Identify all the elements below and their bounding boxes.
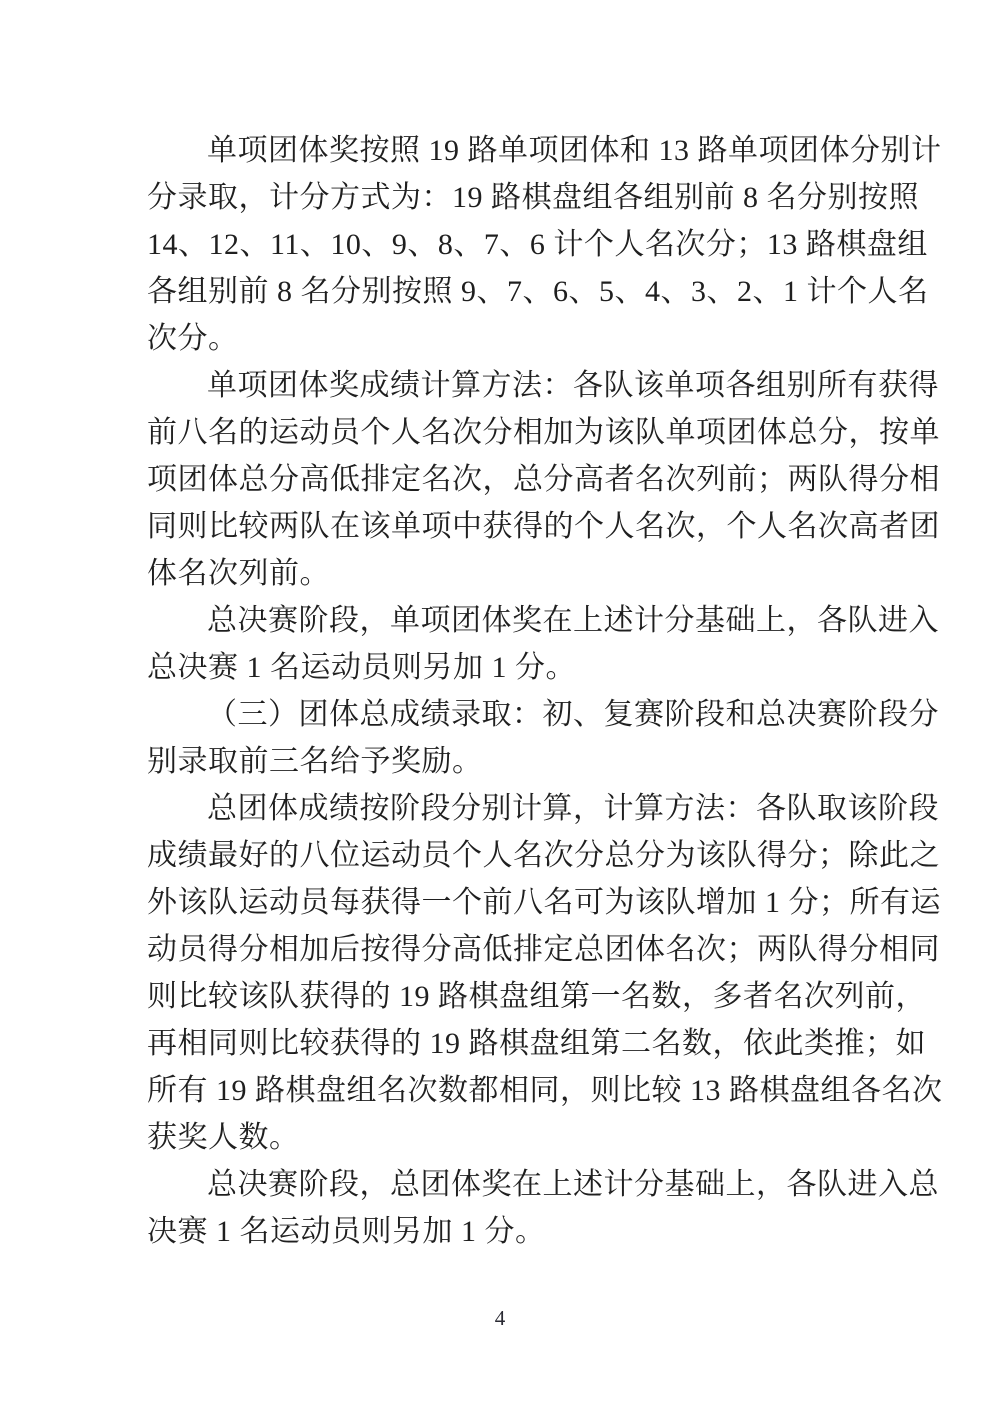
text-line: 总团体成绩按阶段分别计算，计算方法：各队取该阶段 <box>147 785 854 832</box>
text-line: 单项团体奖成绩计算方法：各队该单项各组别所有获得 <box>147 362 854 409</box>
text-line: 总决赛 1 名运动员则另加 1 分。 <box>147 644 854 691</box>
text-line: 决赛 1 名运动员则另加 1 分。 <box>147 1208 854 1255</box>
document-body: 单项团体奖按照 19 路单项团体和 13 路单项团体分别计分录取，计分方式为：1… <box>147 127 854 1255</box>
text-line: 别录取前三名给予奖励。 <box>147 738 854 785</box>
text-line: 所有 19 路棋盘组名次数都相同，则比较 13 路棋盘组各名次 <box>147 1067 854 1114</box>
text-line: 总决赛阶段，总团体奖在上述计分基础上，各队进入总 <box>147 1161 854 1208</box>
paragraph-2: 单项团体奖成绩计算方法：各队该单项各组别所有获得前八名的运动员个人名次分相加为该… <box>147 362 854 597</box>
text-line: （三）团体总成绩录取：初、复赛阶段和总决赛阶段分 <box>147 691 854 738</box>
paragraph-1: 单项团体奖按照 19 路单项团体和 13 路单项团体分别计分录取，计分方式为：1… <box>147 127 854 362</box>
text-line: 外该队运动员每获得一个前八名可为该队增加 1 分；所有运 <box>147 879 854 926</box>
text-line: 前八名的运动员个人名次分相加为该队单项团体总分，按单 <box>147 409 854 456</box>
text-line: 动员得分相加后按得分高低排定总团体名次；两队得分相同 <box>147 926 854 973</box>
text-line: 同则比较两队在该单项中获得的个人名次，个人名次高者团 <box>147 503 854 550</box>
text-line: 再相同则比较获得的 19 路棋盘组第二名数，依此类推；如 <box>147 1020 854 1067</box>
text-line: 成绩最好的八位运动员个人名次分总分为该队得分；除此之 <box>147 832 854 879</box>
text-line: 获奖人数。 <box>147 1114 854 1161</box>
text-line: 单项团体奖按照 19 路单项团体和 13 路单项团体分别计 <box>147 127 854 174</box>
text-line: 项团体总分高低排定名次，总分高者名次列前；两队得分相 <box>147 456 854 503</box>
text-line: 分录取，计分方式为：19 路棋盘组各组别前 8 名分别按照 <box>147 174 854 221</box>
paragraph-6: 总决赛阶段，总团体奖在上述计分基础上，各队进入总决赛 1 名运动员则另加 1 分… <box>147 1161 854 1255</box>
document-page: 单项团体奖按照 19 路单项团体和 13 路单项团体分别计分录取，计分方式为：1… <box>0 0 1000 1414</box>
text-line: 14、12、11、10、9、8、7、6 计个人名次分；13 路棋盘组 <box>147 221 854 268</box>
text-line: 次分。 <box>147 315 854 362</box>
text-line: 总决赛阶段，单项团体奖在上述计分基础上，各队进入 <box>147 597 854 644</box>
text-line: 则比较该队获得的 19 路棋盘组第一名数，多者名次列前， <box>147 973 854 1020</box>
text-line: 各组别前 8 名分别按照 9、7、6、5、4、3、2、1 计个人名 <box>147 268 854 315</box>
paragraph-5: 总团体成绩按阶段分别计算，计算方法：各队取该阶段成绩最好的八位运动员个人名次分总… <box>147 785 854 1161</box>
paragraph-3: 总决赛阶段，单项团体奖在上述计分基础上，各队进入总决赛 1 名运动员则另加 1 … <box>147 597 854 691</box>
page-number: 4 <box>0 1303 1000 1333</box>
text-line: 体名次列前。 <box>147 550 854 597</box>
paragraph-4: （三）团体总成绩录取：初、复赛阶段和总决赛阶段分别录取前三名给予奖励。 <box>147 691 854 785</box>
